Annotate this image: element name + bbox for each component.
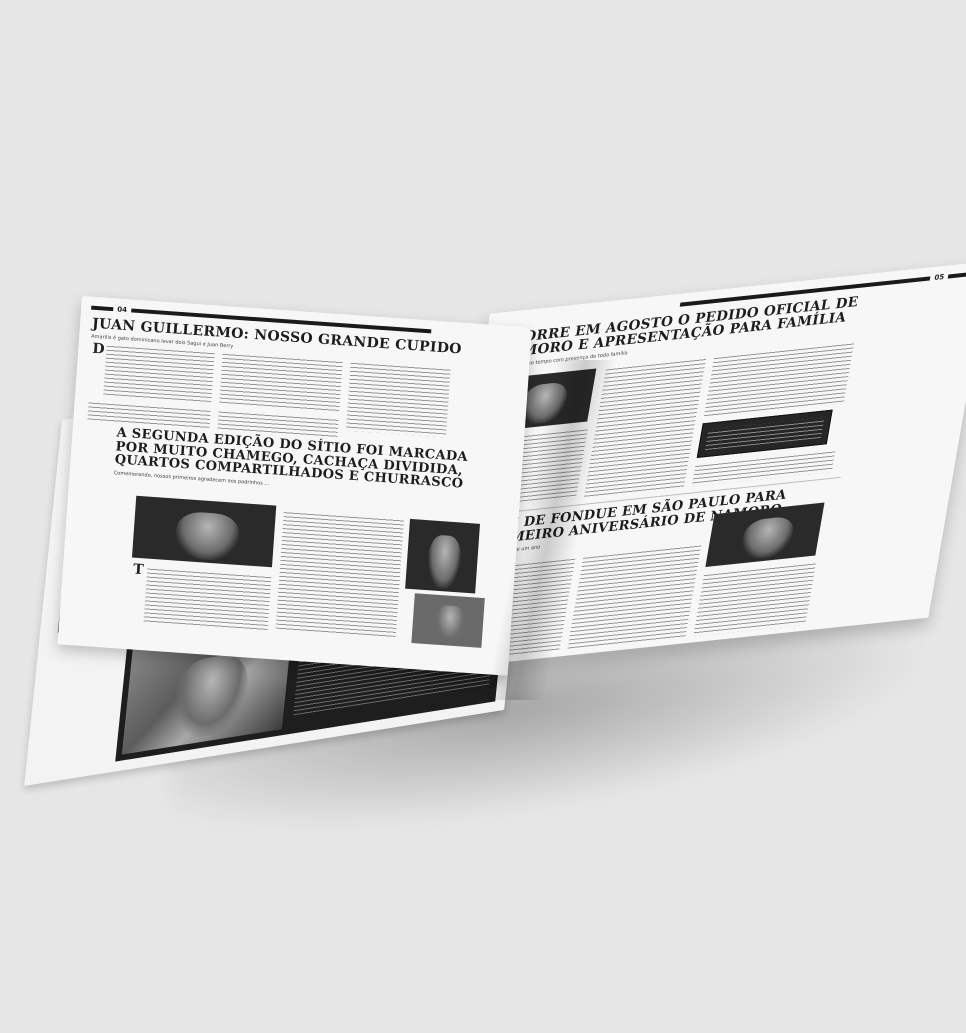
article-body-column [276,510,404,638]
left-page: 04 Juan Guillermo: nosso grande cupido A… [58,296,532,676]
article-body-column [87,400,210,428]
dropcap: T [133,562,145,579]
folio-bar [948,271,966,278]
article-photo [405,519,480,594]
article-photo [132,496,276,567]
article-body-column [143,567,271,631]
article-body-column [219,352,343,412]
article-segunda-edicao-sitio: A segunda edição do Sítio foi marcada po… [114,426,469,500]
article-photo [411,593,484,648]
page-number: 05 [934,273,945,282]
magazine-mockup-scene: 05 Ocorre em agosto o pedido oficial de … [0,0,966,1033]
article-body-column [693,561,816,636]
article-body-column [584,357,707,498]
article-body-column [567,543,701,649]
article-photo [705,503,824,568]
article-body-column [103,344,215,403]
article-body-column [704,341,855,417]
article-body-column [346,361,451,438]
page-number: 04 [117,305,127,314]
dropcap: D [92,341,105,358]
pull-quote-text [705,418,825,451]
folio-bar [91,306,113,312]
